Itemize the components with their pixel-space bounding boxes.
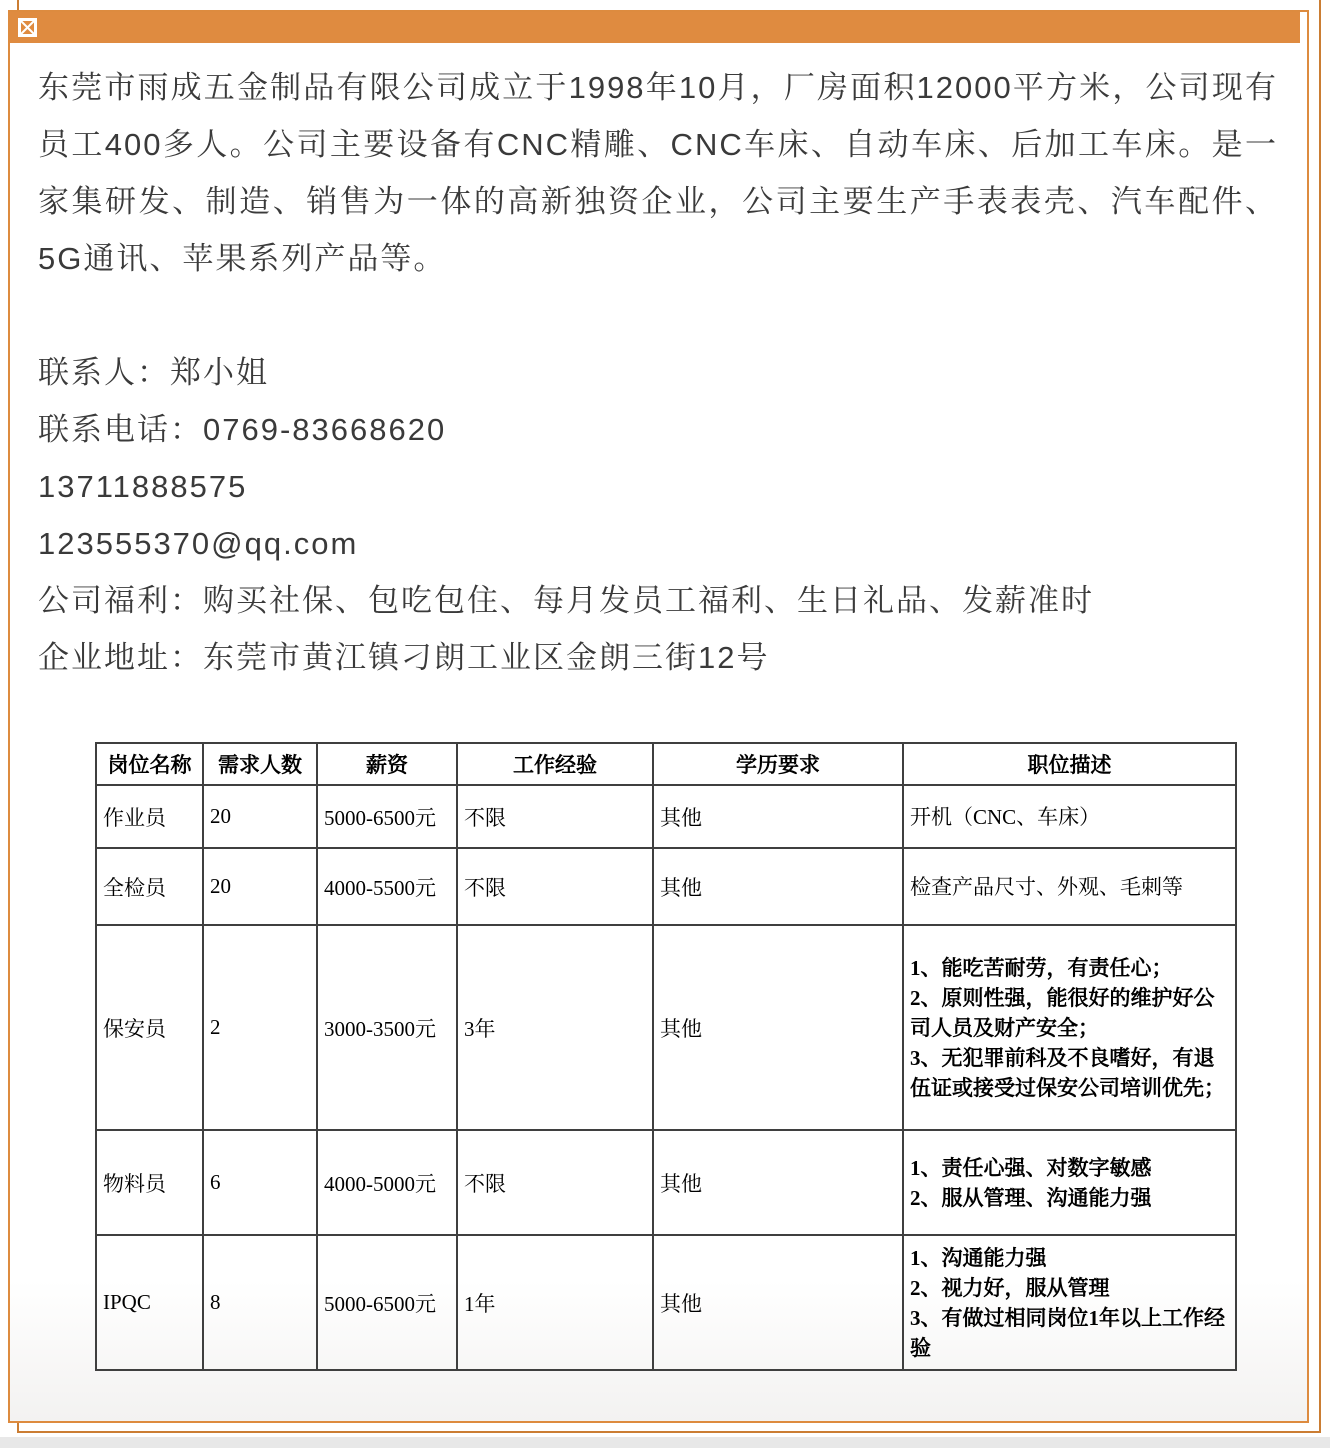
top-banner xyxy=(10,12,1300,43)
headcount-cell: 2 xyxy=(203,925,317,1130)
description-line: 1、责任心强、对数字敏感 xyxy=(910,1153,1229,1183)
position-cell: 保安员 xyxy=(96,925,203,1130)
table-row: 全检员204000-5500元不限其他检查产品尺寸、外观、毛刺等 xyxy=(96,848,1236,925)
contact-line: 公司福利：购买社保、包吃包住、每月发员工福利、生日礼品、发薪准时 xyxy=(38,572,1278,629)
description-line: 3、有做过相同岗位1年以上工作经验 xyxy=(910,1303,1229,1363)
broken-image-icon xyxy=(18,18,37,37)
position-cell: 全检员 xyxy=(96,848,203,925)
experience-cell: 不限 xyxy=(457,785,653,848)
content-frame: 东莞市雨成五金制品有限公司成立于1998年10月，厂房面积12000平方米，公司… xyxy=(8,10,1309,1423)
description-line: 2、视力好，服从管理 xyxy=(910,1273,1229,1303)
description-line: 检查产品尺寸、外观、毛刺等 xyxy=(910,872,1229,902)
description-line: 2、原则性强，能很好的维护好公司人员及财产安全； xyxy=(910,983,1229,1043)
jobs-table: 岗位名称需求人数薪资工作经验学历要求职位描述 作业员205000-6500元不限… xyxy=(95,742,1237,1371)
column-header: 学历要求 xyxy=(653,743,903,785)
table-row: 保安员23000-3500元3年其他1、能吃苦耐劳，有责任心；2、原则性强，能很… xyxy=(96,925,1236,1130)
table-row: IPQC85000-6500元1年其他1、沟通能力强2、视力好，服从管理3、有做… xyxy=(96,1235,1236,1370)
education-cell: 其他 xyxy=(653,785,903,848)
contact-line: 联系人：郑小姐 xyxy=(38,344,1278,401)
column-header: 薪资 xyxy=(317,743,457,785)
page-background-strip xyxy=(0,1437,1330,1448)
headcount-cell: 20 xyxy=(203,785,317,848)
description-cell: 1、能吃苦耐劳，有责任心；2、原则性强，能很好的维护好公司人员及财产安全；3、无… xyxy=(903,925,1236,1130)
description-line: 2、服从管理、沟通能力强 xyxy=(910,1183,1229,1213)
headcount-cell: 8 xyxy=(203,1235,317,1370)
contact-line: 联系电话：0769-83668620 xyxy=(38,401,1278,458)
description-cell: 1、责任心强、对数字敏感2、服从管理、沟通能力强 xyxy=(903,1130,1236,1235)
position-cell: IPQC xyxy=(96,1235,203,1370)
salary-cell: 5000-6500元 xyxy=(317,1235,457,1370)
education-cell: 其他 xyxy=(653,1130,903,1235)
column-header: 职位描述 xyxy=(903,743,1236,785)
experience-cell: 不限 xyxy=(457,848,653,925)
experience-cell: 1年 xyxy=(457,1235,653,1370)
column-header: 工作经验 xyxy=(457,743,653,785)
description-line: 开机（CNC、车床） xyxy=(910,802,1229,832)
experience-cell: 不限 xyxy=(457,1130,653,1235)
salary-cell: 4000-5500元 xyxy=(317,848,457,925)
education-cell: 其他 xyxy=(653,925,903,1130)
page-content: 东莞市雨成五金制品有限公司成立于1998年10月，厂房面积12000平方米，公司… xyxy=(10,43,1307,1371)
salary-cell: 5000-6500元 xyxy=(317,785,457,848)
education-cell: 其他 xyxy=(653,848,903,925)
experience-cell: 3年 xyxy=(457,925,653,1130)
table-row: 物料员64000-5000元不限其他1、责任心强、对数字敏感2、服从管理、沟通能… xyxy=(96,1130,1236,1235)
table-row: 作业员205000-6500元不限其他开机（CNC、车床） xyxy=(96,785,1236,848)
salary-cell: 3000-3500元 xyxy=(317,925,457,1130)
company-intro-paragraph: 东莞市雨成五金制品有限公司成立于1998年10月，厂房面积12000平方米，公司… xyxy=(38,59,1278,287)
headcount-cell: 6 xyxy=(203,1130,317,1235)
position-cell: 物料员 xyxy=(96,1130,203,1235)
description-cell: 检查产品尺寸、外观、毛刺等 xyxy=(903,848,1236,925)
jobs-table-header-row: 岗位名称需求人数薪资工作经验学历要求职位描述 xyxy=(96,743,1236,785)
contact-info-block: 联系人：郑小姐联系电话：0769-83668620137118885751235… xyxy=(38,344,1278,686)
description-line: 1、沟通能力强 xyxy=(910,1243,1229,1273)
contact-line: 13711888575 xyxy=(38,458,1278,515)
column-header: 需求人数 xyxy=(203,743,317,785)
salary-cell: 4000-5000元 xyxy=(317,1130,457,1235)
contact-line: 企业地址：东莞市黄江镇刁朗工业区金朗三街12号 xyxy=(38,629,1278,686)
contact-line: 123555370@qq.com xyxy=(38,515,1278,572)
description-line: 1、能吃苦耐劳，有责任心； xyxy=(910,953,1229,983)
description-cell: 1、沟通能力强2、视力好，服从管理3、有做过相同岗位1年以上工作经验 xyxy=(903,1235,1236,1370)
column-header: 岗位名称 xyxy=(96,743,203,785)
position-cell: 作业员 xyxy=(96,785,203,848)
description-line: 3、无犯罪前科及不良嗜好，有退伍证或接受过保安公司培训优先； xyxy=(910,1043,1229,1103)
education-cell: 其他 xyxy=(653,1235,903,1370)
headcount-cell: 20 xyxy=(203,848,317,925)
description-cell: 开机（CNC、车床） xyxy=(903,785,1236,848)
